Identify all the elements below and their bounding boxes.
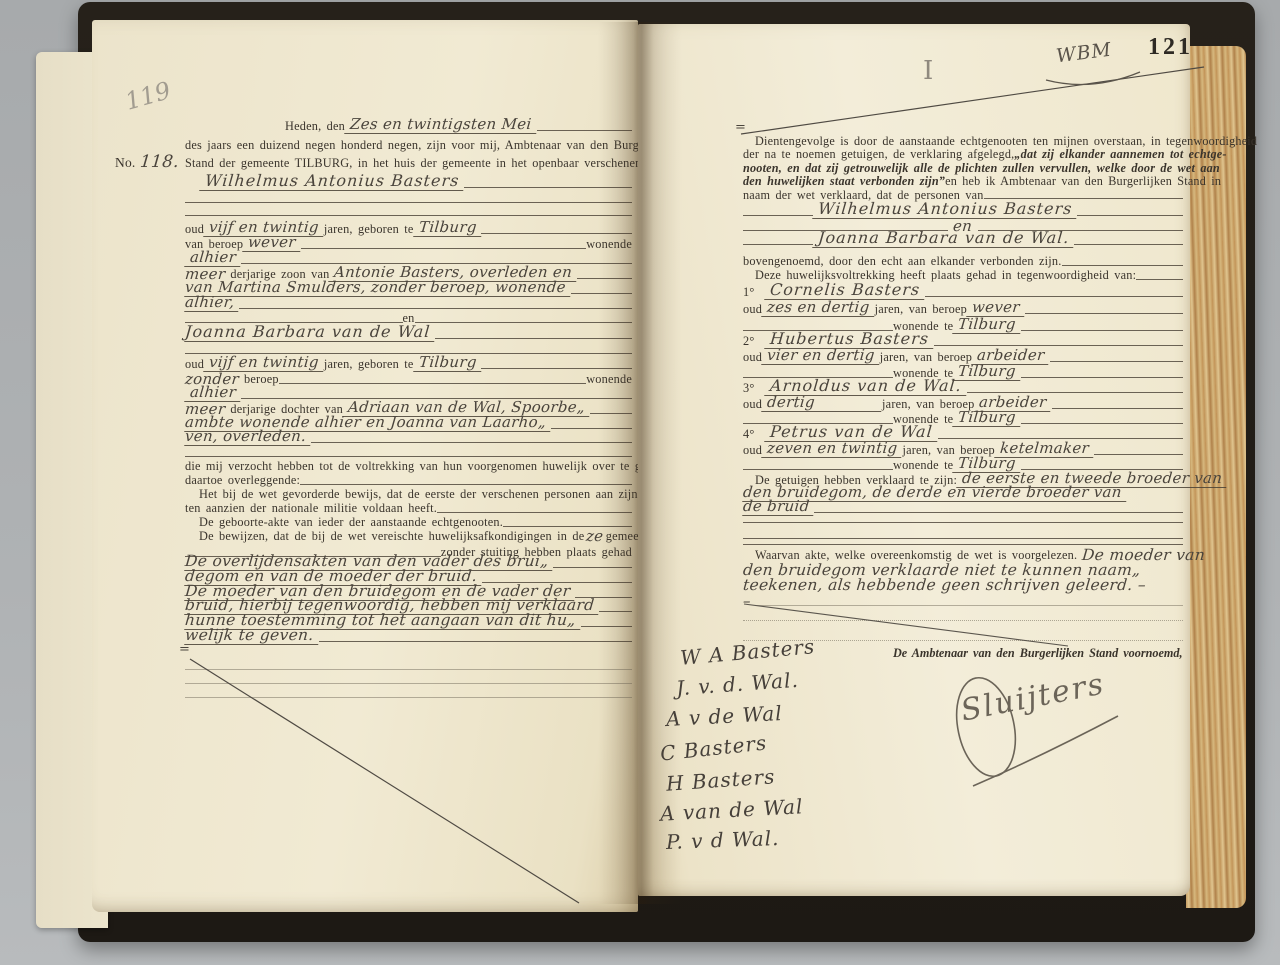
page-number: 121	[1148, 34, 1193, 61]
page-right: I = Dientengevolge is door de aanstaande…	[638, 24, 1190, 896]
date-row: Heden, den Zes en twintigsten Mei	[185, 117, 632, 134]
signature-witness: W A Basters	[679, 634, 816, 670]
pencil-annotation-right: I	[923, 56, 933, 86]
bride-name-field: Joanna Barbara van de Wal.	[812, 230, 1075, 248]
act-number: No.118.	[115, 154, 185, 172]
bride-name-row: Joanna Barbara van de Wal.	[743, 231, 1183, 248]
signature-witness: A v de Wal	[665, 701, 783, 731]
banns-hand-insert: ze	[584, 528, 607, 544]
act-number-label: No.	[115, 155, 135, 170]
faint-rule	[185, 684, 632, 701]
signature-witness: P. v d Wal.	[666, 826, 780, 854]
date-label: Heden, den	[285, 118, 345, 134]
registrar-caption: De Ambtenaar van den Burgerlijken Stand …	[893, 645, 1183, 661]
blank-rule	[185, 202, 632, 219]
signature-witness: H Basters	[665, 764, 776, 796]
equals-mark-left: =	[179, 642, 190, 657]
act-number-value: 118.	[135, 154, 185, 170]
preamble-line-1: des jaars een duizend negen honderd nege…	[185, 136, 632, 153]
dotted-rule	[743, 607, 1183, 624]
blank-rule	[743, 509, 1183, 526]
pencil-annotation-left: 119	[122, 76, 174, 116]
banns-line: De bewijzen, dat de bij de wet vereischt…	[185, 527, 632, 544]
date-field: Zes en twintigsten Mei	[344, 116, 537, 134]
hand-note-row: welijk te geven.	[185, 628, 632, 645]
signature-official: Sluijters	[958, 666, 1108, 728]
page-left: 119 No.118. Heden, den Zes en twintigste…	[92, 20, 638, 912]
signature-witness: C Basters	[659, 730, 768, 765]
signature-witness: A van de Wal	[659, 794, 803, 825]
declaration-line-2: der na te noemen getuigen, de verklaring…	[743, 146, 1183, 161]
closing-row-3: teekenen, als hebbende geen schrijven ge…	[743, 576, 1183, 593]
signature-witness: J. v. d. Wal.	[675, 668, 799, 701]
declaration-line-4: den huwelijken staat verbonden zijn” en …	[743, 173, 1183, 188]
preamble-line-2: Stand der gemeente TILBURG, in het huis …	[185, 154, 632, 171]
register-book-spread: 119 No.118. Heden, den Zes en twintigste…	[0, 0, 1280, 965]
